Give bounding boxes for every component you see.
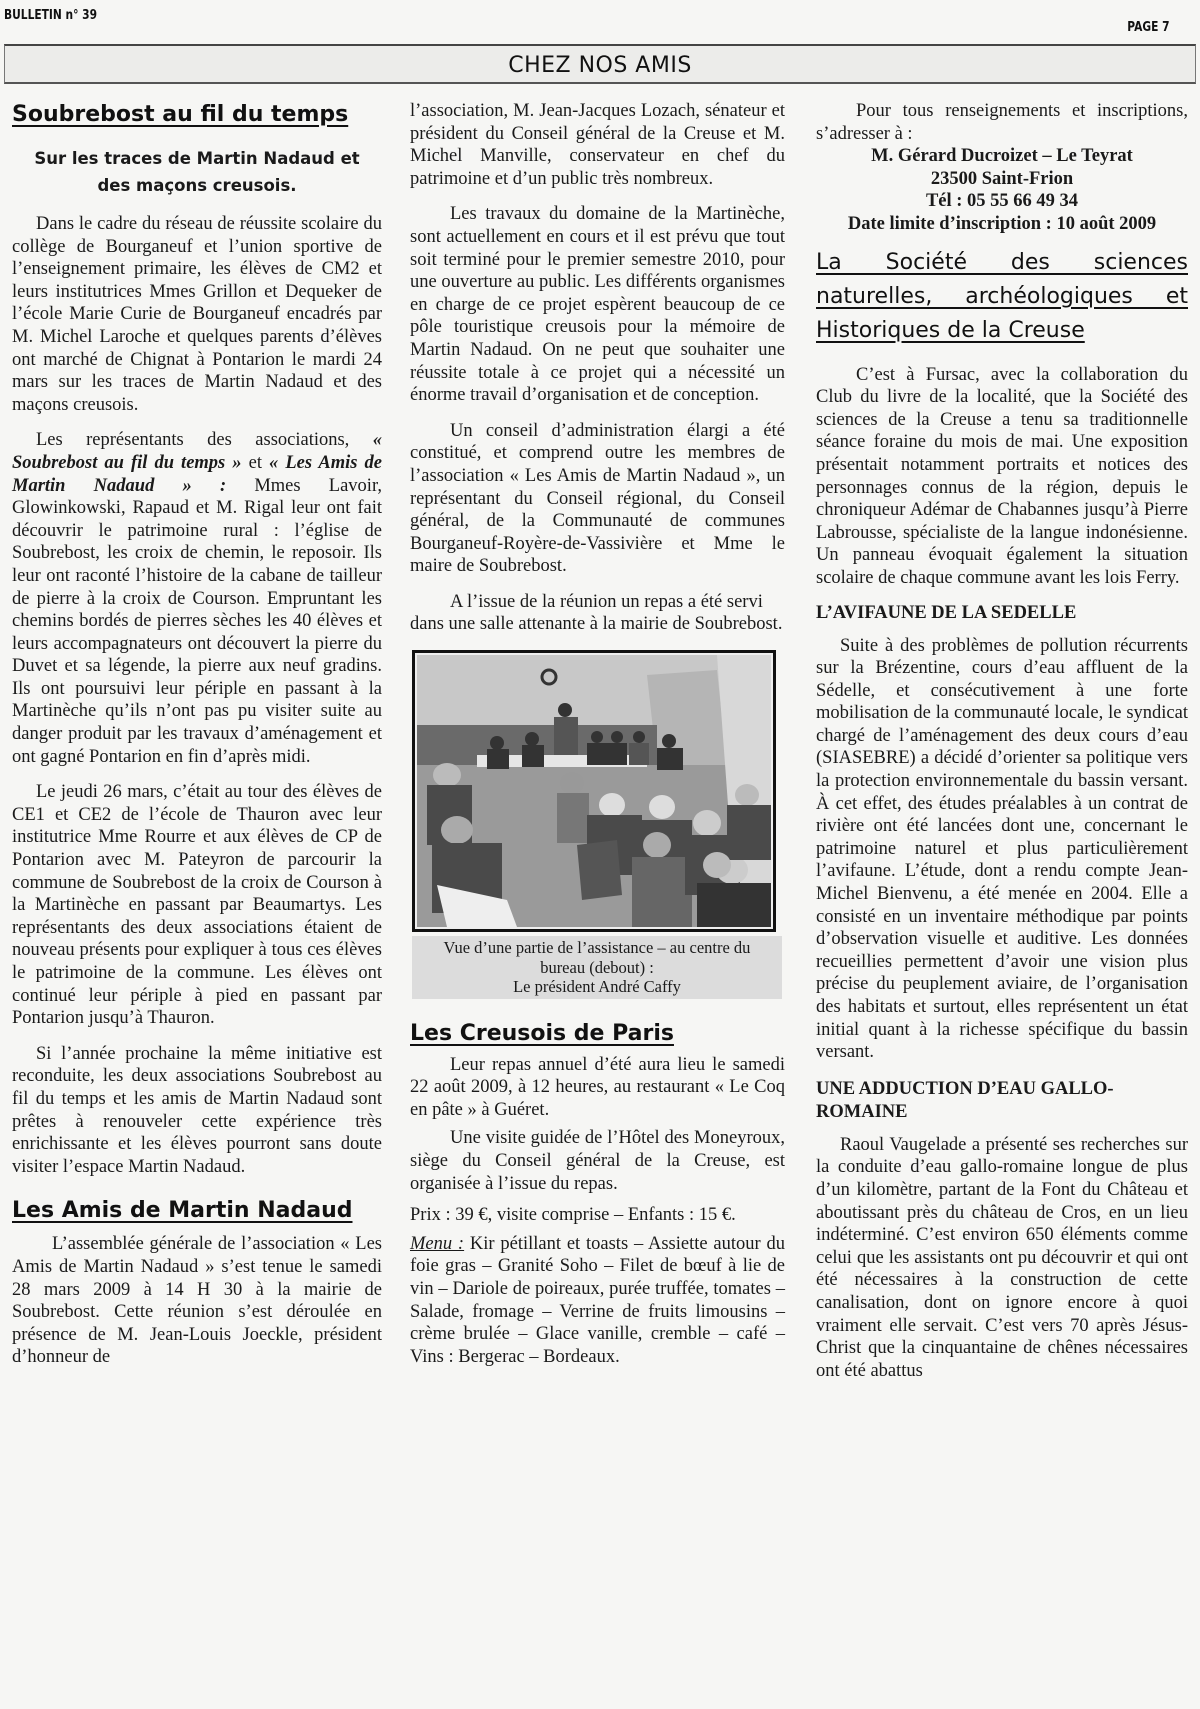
photo-image [415, 653, 773, 929]
title-line: naturelles, archéologiques et [816, 280, 1188, 314]
article-title-amis-nadaud: Les Amis de Martin Nadaud [12, 1198, 382, 1223]
article-title-societe-sciences: La Société des sciences naturelles, arch… [816, 246, 1188, 348]
caption-line: Vue d’une partie de l’assistance – au ce… [412, 938, 782, 958]
photo-caption: Vue d’une partie de l’assistance – au ce… [412, 936, 782, 999]
column-2: l’association, M. Jean-Jacques Lozach, s… [410, 100, 785, 1368]
paragraph: Dans le cadre du réseau de réussite scol… [12, 213, 382, 416]
text: et [242, 453, 269, 473]
menu-label: Menu : [410, 1234, 464, 1254]
paragraph: C’est à Fursac, avec la collaboration du… [816, 364, 1188, 590]
paragraph: Pour tous renseignements et inscriptions… [816, 100, 1188, 145]
registration-deadline: Date limite d’inscription : 10 août 2009 [816, 213, 1188, 236]
caption-line: Le président André Caffy [412, 977, 782, 997]
text: Mmes Lavoir, Glowinkowski, Rapaud et M. … [12, 476, 382, 767]
subheading-avifaune: L’AVIFAUNE DE LA SEDELLE [816, 602, 1188, 625]
meeting-room-photo-icon [417, 655, 771, 927]
paragraph: Les travaux du domaine de la Martinèche,… [410, 203, 785, 406]
text: Les représentants des associations, [36, 430, 373, 450]
subheading-adduction: UNE ADDUCTION D’EAU GALLO-ROMAINE [816, 1078, 1188, 1124]
section-banner: CHEZ NOS AMIS [4, 44, 1196, 84]
section-title: CHEZ NOS AMIS [5, 53, 1195, 78]
menu-items: Kir pétillant et toasts – Assiette autou… [410, 1234, 785, 1367]
price-line: Prix : 39 €, visite comprise – Enfants :… [410, 1204, 785, 1227]
contact-phone: Tél : 05 55 66 49 34 [816, 190, 1188, 213]
title-line: Historiques de la Creuse [816, 314, 1188, 348]
caption-line: bureau (debout) : [412, 958, 782, 978]
paragraph: Raoul Vaugelade a présenté ses recherche… [816, 1134, 1188, 1383]
column-3: Pour tous renseignements et inscriptions… [816, 100, 1188, 1382]
paragraph: A l’issue de la réunion un repas a été s… [410, 591, 785, 636]
title-line: La Société des sciences [816, 246, 1188, 280]
subtitle-line: Sur les traces de Martin Nadaud et [12, 145, 382, 172]
paragraph: Une visite guidée de l’Hôtel des Moneyro… [410, 1127, 785, 1195]
paragraph: Un conseil d’administration élargi a été… [410, 420, 785, 578]
paragraph: Si l’année prochaine la même initiative … [12, 1043, 382, 1179]
page-header: BULLETIN n° 39 PAGE 7 [0, 0, 1200, 40]
photo-figure: Vue d’une partie de l’assistance – au ce… [412, 650, 782, 999]
article-title-soubrebost: Soubrebost au fil du temps [12, 102, 382, 127]
article-title-creusois-paris: Les Creusois de Paris [410, 1021, 785, 1046]
contact-city: 23500 Saint-Frion [816, 168, 1188, 191]
bulletin-number: BULLETIN n° 39 [4, 8, 97, 23]
page-number: PAGE 7 [1128, 20, 1170, 35]
paragraph: Les représentants des associations, « So… [12, 429, 382, 768]
assembly-photo [412, 650, 776, 932]
contact-name: M. Gérard Ducroizet – Le Teyrat [816, 145, 1188, 168]
menu-paragraph: Menu : Kir pétillant et toasts – Assiett… [410, 1233, 785, 1369]
paragraph: Suite à des problèmes de pollution récur… [816, 635, 1188, 1064]
column-1: Soubrebost au fil du temps Sur les trace… [12, 100, 382, 1369]
article-subtitle-soubrebost: Sur les traces de Martin Nadaud et des m… [12, 145, 382, 199]
subtitle-line: des maçons creusois. [12, 172, 382, 199]
paragraph: l’association, M. Jean-Jacques Lozach, s… [410, 100, 785, 190]
paragraph: Le jeudi 26 mars, c’était au tour des él… [12, 781, 382, 1030]
paragraph: Leur repas annuel d’été aura lieu le sam… [410, 1054, 785, 1122]
paragraph: L’assemblée générale de l’association « … [12, 1233, 382, 1369]
